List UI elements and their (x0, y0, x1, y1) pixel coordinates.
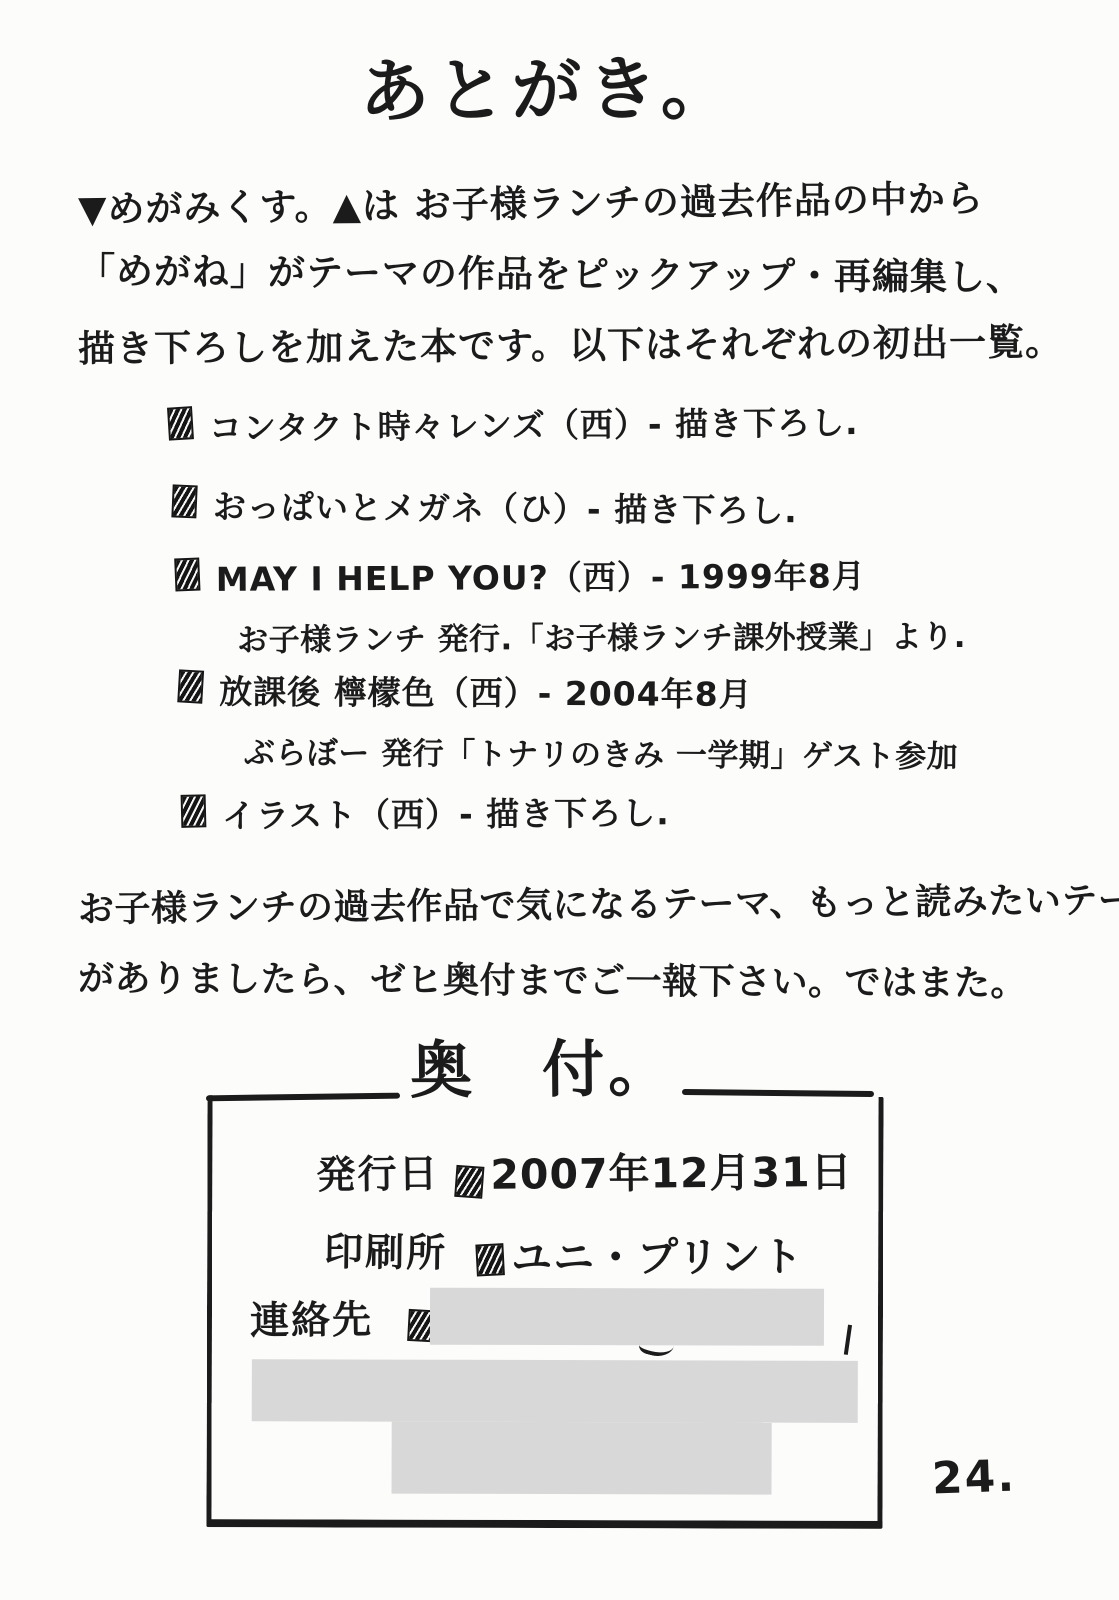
publication-date-label: 発行日 (316, 1143, 440, 1201)
contact-label: 連絡先 (250, 1288, 374, 1346)
list-item: イラスト（西）- 描き下ろし. (181, 787, 670, 837)
list-item: おっぱいとメガネ（ひ）- 描き下ろし. (172, 481, 798, 532)
hatched-square-bullet-icon (177, 669, 204, 703)
hatched-square-bullet-icon (167, 406, 194, 440)
work-title: おっぱいとメガネ（ひ）- 描き下ろし. (213, 481, 798, 532)
publication-date-value: 2007年12月31日 (490, 1139, 853, 1201)
work-row: コンタクト時々レンズ（西）- 描き下ろし. (168, 397, 859, 450)
intro-paragraph: ▼めがみくす。▲は お子様ランチの過去作品の中から 「めがね」がテーマの作品をピ… (78, 168, 1068, 381)
work-title: コンタクト時々レンズ（西）- 描き下ろし. (209, 397, 859, 450)
work-row: 放課後 檸檬色（西）- 2004年8月 (178, 666, 959, 717)
printer-label: 印刷所 (324, 1221, 448, 1279)
work-title: 放課後 檸檬色（西）- 2004年8月 (219, 666, 753, 716)
stray-pen-stroke (844, 1325, 852, 1355)
closing-line: お子様ランチの過去作品で気になるテーマ、もっと読みたいテーマ (78, 864, 1079, 949)
work-row: MAY I HELP YOU?（西）- 1999年8月 (175, 550, 966, 601)
list-item: コンタクト時々レンズ（西）- 描き下ろし. (168, 397, 859, 450)
hatched-square-bullet-icon (171, 484, 197, 518)
intro-line: 「めがね」がテーマの作品をピックアップ・再編集し、 (78, 236, 1068, 314)
work-row: イラスト（西）- 描き下ろし. (181, 787, 670, 837)
redaction-box-contact (430, 1288, 824, 1346)
closing-line: がありましたら、ゼヒ奥付までご一報下さい。ではまた。 (78, 941, 1078, 1022)
hatched-square-separator-icon (475, 1243, 505, 1276)
work-title: イラスト（西）- 描き下ろし. (222, 787, 670, 837)
hatched-square-separator-icon (454, 1165, 484, 1199)
redaction-box-wide (252, 1359, 858, 1423)
hatched-square-bullet-icon (174, 558, 200, 592)
printer-value: ユニ・プリント (511, 1224, 804, 1284)
redaction-box-narrow (392, 1422, 772, 1495)
closing-paragraph: お子様ランチの過去作品で気になるテーマ、もっと読みたいテーマ がありましたら、ゼ… (78, 868, 1078, 1020)
page-title: あとがき。 (359, 32, 737, 137)
work-source-note: ぶらぼー 発行「トナリのきみ 一学期」ゲスト参加 (244, 727, 959, 776)
intro-line: ▼めがみくす。▲は お子様ランチの過去作品の中から (78, 162, 1069, 245)
page-number: 24. (931, 1451, 1017, 1505)
colophon-box: 発行日 2007年12月31日 印刷所 ユニ・プリント 連絡先 (206, 1095, 883, 1529)
work-source-note: お子様ランチ 発行.「お子様ランチ課外授業」より. (237, 611, 966, 660)
afterword-page: あとがき。 ▼めがみくす。▲は お子様ランチの過去作品の中から 「めがね」がテー… (0, 0, 1119, 1600)
intro-line: 描き下ろしを加えた本です。以下はそれぞれの初出一覧。 (78, 307, 1068, 385)
hatched-square-bullet-icon (181, 794, 207, 828)
work-title: MAY I HELP YOU?（西）- 1999年8月 (216, 550, 866, 600)
list-item: 放課後 檸檬色（西）- 2004年8月 ぶらぼー 発行「トナリのきみ 一学期」ゲ… (178, 666, 959, 776)
list-item: MAY I HELP YOU?（西）- 1999年8月 お子様ランチ 発行.「お… (175, 550, 966, 660)
work-row: おっぱいとメガネ（ひ）- 描き下ろし. (172, 481, 798, 532)
